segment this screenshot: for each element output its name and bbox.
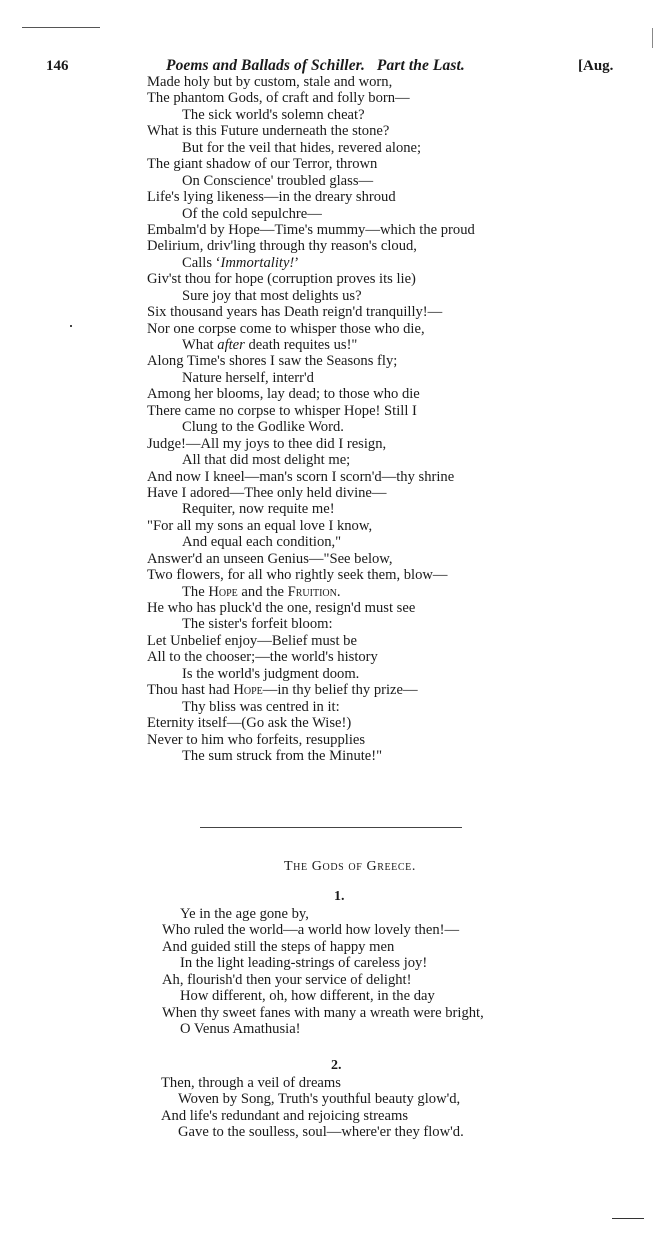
verse-line: Sure joy that most delights us? [147, 288, 475, 304]
verse-line: Embalm'd by Hope—Time's mummy—which the … [147, 222, 475, 238]
verse-line: The sum struck from the Minute!" [147, 748, 475, 764]
verse-line: All that did most delight me; [147, 452, 475, 468]
verse-line: Requiter, now requite me! [147, 501, 475, 517]
verse-line: O Venus Amathusia! [162, 1021, 484, 1037]
verse-line: Thy bliss was centred in it: [147, 699, 475, 715]
stanza-2: Then, through a veil of dreamsWoven by S… [161, 1075, 464, 1141]
verse-line: Let Unbelief enjoy—Belief must be [147, 633, 475, 649]
verse-line: What is this Future underneath the stone… [147, 123, 475, 139]
verse-line: Clung to the Godlike Word. [147, 419, 475, 435]
italic-emphasis: after [217, 337, 245, 353]
poem-title: The Gods of Greece. [0, 859, 672, 875]
verse-line: Made holy but by custom, stale and worn, [147, 74, 475, 90]
verse-line: How different, oh, how different, in the… [162, 988, 484, 1004]
small-caps-word: Fruition [288, 584, 337, 600]
verse-line: Life's lying likeness—in the dreary shro… [147, 189, 475, 205]
verse-line: What after death requites us!" [147, 337, 475, 353]
bottom-right-rule [612, 1218, 644, 1219]
verse-line: In the light leading-strings of careless… [162, 955, 484, 971]
small-caps-word: Hope [233, 682, 262, 698]
verse-line: Then, through a veil of dreams [161, 1075, 464, 1091]
verse-line: Gave to the soulless, soul—where'er they… [161, 1124, 464, 1140]
page-number: 146 [46, 58, 69, 75]
top-right-edge-mark [652, 28, 653, 48]
verse-line: Woven by Song, Truth's youthful beauty g… [161, 1091, 464, 1107]
verse-line: Two flowers, for all who rightly seek th… [147, 567, 475, 583]
verse-line: And guided still the steps of happy men [162, 939, 484, 955]
top-left-rule [22, 27, 100, 28]
verse-line: And now I kneel—man's scorn I scorn'd—th… [147, 469, 475, 485]
verse-line: He who has pluck'd the one, resign'd mus… [147, 600, 475, 616]
verse-line: On Conscience' troubled glass— [147, 173, 475, 189]
running-title: Poems and Ballads of Schiller. [166, 57, 365, 74]
verse-line: Delirium, driv'ling through thy reason's… [147, 238, 475, 254]
verse-line: Nature herself, interr'd [147, 370, 475, 386]
verse-line: Is the world's judgment doom. [147, 666, 475, 682]
verse-line: Thou hast had Hope—in thy belief thy pri… [147, 682, 475, 698]
italic-emphasis: Immortality! [221, 255, 295, 271]
issue-month: [Aug. [578, 58, 613, 75]
margin-speck [70, 325, 72, 327]
verse-line: Of the cold sepulchre— [147, 206, 475, 222]
running-subtitle: Part the Last. [377, 57, 465, 74]
small-caps-word: Hope [208, 584, 237, 600]
verse-line: Along Time's shores I saw the Seasons fl… [147, 353, 475, 369]
verse-line: Judge!—All my joys to thee did I resign, [147, 436, 475, 452]
verse-line: Who ruled the world—a world how lovely t… [162, 922, 484, 938]
section-divider [200, 827, 462, 828]
verse-line: But for the veil that hides, revered alo… [147, 140, 475, 156]
verse-line: All to the chooser;—the world's history [147, 649, 475, 665]
stanza-1: Ye in the age gone by,Who ruled the worl… [162, 906, 484, 1038]
verse-line: Nor one corpse come to whisper those who… [147, 321, 475, 337]
verse-line: The sister's forfeit bloom: [147, 616, 475, 632]
verse-line: And life's redundant and rejoicing strea… [161, 1108, 464, 1124]
verse-line: "For all my sons an equal love I know, [147, 518, 475, 534]
verse-line: Never to him who forfeits, resupplies [147, 732, 475, 748]
verse-line: Eternity itself—(Go ask the Wise!) [147, 715, 475, 731]
verse-line: Answer'd an unseen Genius—"See below, [147, 551, 475, 567]
verse-line: Among her blooms, lay dead; to those who… [147, 386, 475, 402]
verse-line: There came no corpse to whisper Hope! St… [147, 403, 475, 419]
verse-line: The Hope and the Fruition. [147, 584, 475, 600]
continued-poem: Made holy but by custom, stale and worn,… [147, 74, 475, 764]
stanza-number-1: 1. [334, 889, 345, 905]
stanza-number-2: 2. [331, 1058, 342, 1074]
verse-line: The giant shadow of our Terror, thrown [147, 156, 475, 172]
running-head: Poems and Ballads of Schiller.Part the L… [166, 57, 465, 75]
verse-line: Ah, flourish'd then your service of deli… [162, 972, 484, 988]
verse-line: Ye in the age gone by, [162, 906, 484, 922]
verse-line: Giv'st thou for hope (corruption proves … [147, 271, 475, 287]
verse-line: When thy sweet fanes with many a wreath … [162, 1005, 484, 1021]
verse-line: Six thousand years has Death reign'd tra… [147, 304, 475, 320]
verse-line: And equal each condition," [147, 534, 475, 550]
verse-line: The sick world's solemn cheat? [147, 107, 475, 123]
verse-line: Calls ‘Immortality!’ [147, 255, 475, 271]
verse-line: The phantom Gods, of craft and folly bor… [147, 90, 475, 106]
verse-line: Have I adored—Thee only held divine— [147, 485, 475, 501]
